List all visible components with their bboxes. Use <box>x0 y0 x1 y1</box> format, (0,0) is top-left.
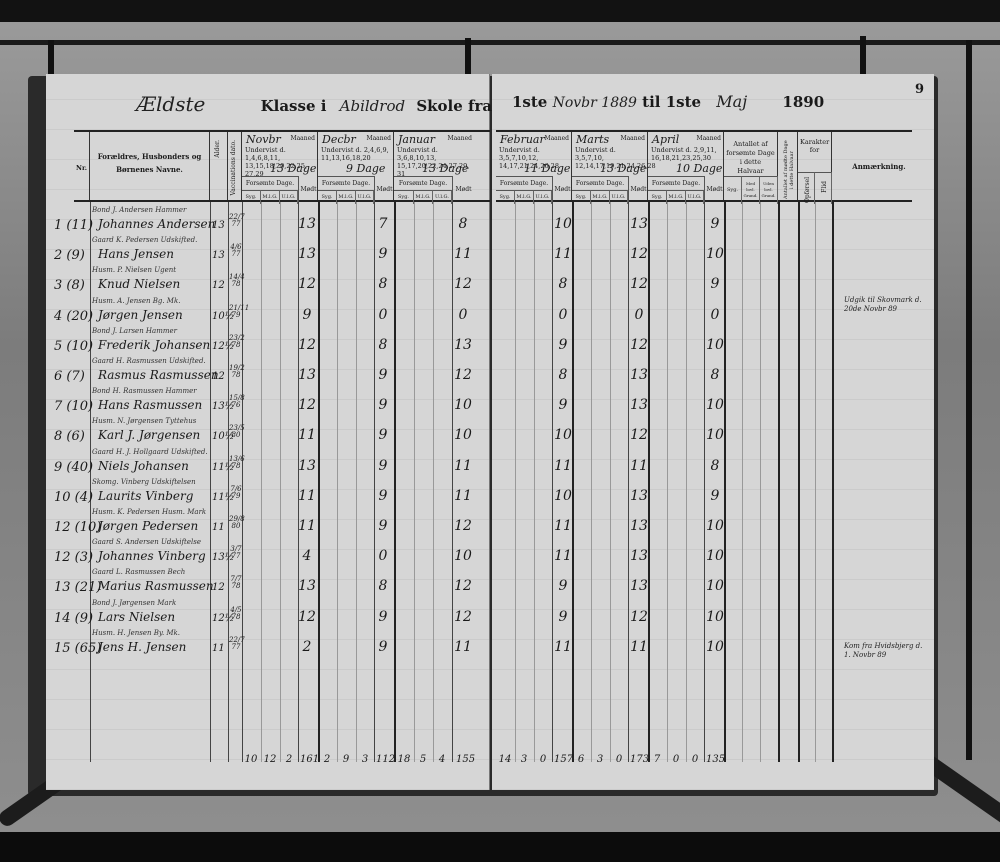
clip-center <box>465 38 471 78</box>
student-row: Husm. H. Jensen By. Mk.15 (65)Jens H. Je… <box>46 629 490 659</box>
page-number: 9 <box>915 82 924 97</box>
attendance-april: 10 <box>704 427 726 443</box>
vaccination-date: 19/2 78 <box>229 365 243 379</box>
attendance-februar: 8 <box>552 367 574 383</box>
attendance-februar: 9 <box>552 578 574 594</box>
stand-post <box>966 40 972 760</box>
student-row: Husm. A. Jensen Bg. Mk.4 (20)Jørgen Jens… <box>46 297 490 327</box>
vaccination-date: 4/6 77 <box>229 244 243 258</box>
col-antallet: Antallet af forsømte Dage i dette Halvaa… <box>724 132 778 200</box>
attendance-novbr: 13 <box>296 367 318 383</box>
school-label: Skole fra <box>416 97 492 115</box>
student-row: 101210 <box>492 417 934 447</box>
month-april: AprilMaaned Undervist d. 2,9,11, 16,18,2… <box>648 132 724 200</box>
attendance-april: 10 <box>704 518 726 534</box>
student-row: Gaard K. Pedersen Udskifted.2 (9)Hans Je… <box>46 236 490 266</box>
attendance-novbr: 13 <box>296 246 318 262</box>
student-row: 10139 <box>492 206 934 236</box>
attendance-novbr: 9 <box>296 307 318 323</box>
student-age: 12 <box>212 280 225 291</box>
vaccination-date: 7/7 78 <box>229 576 243 590</box>
attendance-januar: 8 <box>452 216 474 232</box>
attendance-novbr: 2 <box>296 639 318 655</box>
hanging-rail <box>0 40 1000 45</box>
student-age: 13 <box>212 220 225 231</box>
student-age: 12 <box>212 371 225 382</box>
attendance-januar: 11 <box>452 488 474 504</box>
attendance-marts: 13 <box>628 216 650 232</box>
student-row: 8129 <box>492 266 934 296</box>
parent-name: Gaard K. Pedersen Udskifted. <box>92 236 197 244</box>
remark-row-14: Kom fra Hvidsbjerg d. 1. Novbr 89 <box>844 642 924 660</box>
student-nr: 4 (20) <box>54 309 93 324</box>
remark-row-3: Udgik til Skovmark d. 20de Novbr 89 <box>844 296 924 314</box>
student-row: Gaard H. Rasmussen Udskifted.6 (7)Rasmus… <box>46 357 490 387</box>
vaccination-date: 15/8 76 <box>229 395 243 409</box>
attendance-januar: 12 <box>452 609 474 625</box>
vaccination-date: 4/5 78 <box>229 607 243 621</box>
vaccination-date: 7/6 79 <box>229 486 243 500</box>
vaccination-date: 23/5 80 <box>229 425 243 439</box>
student-name: Hans Jensen <box>98 247 174 261</box>
parent-name: Husm. P. Nielsen Ugent <box>92 266 176 274</box>
attendance-april: 10 <box>704 397 726 413</box>
attendance-februar: 10 <box>552 488 574 504</box>
parent-name: Gaard S. Andersen Udskiftelse <box>92 538 201 546</box>
vaccination-date: 22/7 77 <box>229 214 243 228</box>
attendance-april: 10 <box>704 548 726 564</box>
attendance-marts: 12 <box>628 246 650 262</box>
vaccination-date: 22/7 77 <box>229 637 243 651</box>
student-nr: 14 (9) <box>54 611 93 626</box>
student-nr: 3 (8) <box>54 278 85 293</box>
student-row: 91210 <box>492 599 934 629</box>
month-novbr: NovbrMaaned Undervist d. 1,4,6,8,11, 13,… <box>242 132 318 200</box>
col-nr: Nr. <box>74 132 90 200</box>
attendance-marts: 12 <box>628 609 650 625</box>
attendance-januar: 13 <box>452 337 474 353</box>
class-value: Ældste <box>136 92 205 116</box>
col-modt-total: Antallet af mødte Dage i dette Halvaar <box>778 132 798 200</box>
attendance-januar: 11 <box>452 246 474 262</box>
attendance-januar: 12 <box>452 578 474 594</box>
attendance-april: 8 <box>704 367 726 383</box>
attendance-marts: 12 <box>628 337 650 353</box>
month-januar: JanuarMaaned Undervist d. 3,6,8,10,13, 1… <box>394 132 474 200</box>
student-name: Niels Johansen <box>98 459 189 473</box>
vaccination-date: 3/7 77 <box>229 546 243 560</box>
parent-name: Bond J. Andersen Hammer <box>92 206 186 214</box>
vaccination-date: 21/11 79 <box>229 305 243 319</box>
photo-bottom-edge <box>0 832 1000 862</box>
attendance-decbr: 8 <box>372 276 394 292</box>
student-row: Husm. N. Jørgensen Tyttehus8 (6)Karl J. … <box>46 417 490 447</box>
attendance-april: 10 <box>704 337 726 353</box>
attendance-februar: 9 <box>552 609 574 625</box>
student-row: 91210 <box>492 327 934 357</box>
col-names: Forældres, Husbonders og Børnenes Navne. <box>90 132 210 200</box>
attendance-januar: 12 <box>452 518 474 534</box>
col-vaccination: Vaccinations dato. <box>228 132 242 200</box>
student-nr: 5 (10) <box>54 339 93 354</box>
student-nr: 9 (40) <box>54 460 93 475</box>
attendance-novbr: 12 <box>296 276 318 292</box>
attendance-februar: 8 <box>552 276 574 292</box>
student-name: Jørgen Jensen <box>98 308 183 322</box>
parent-name: Husm. H. Jensen By. Mk. <box>92 629 180 637</box>
attendance-marts: 13 <box>628 578 650 594</box>
attendance-marts: 13 <box>628 488 650 504</box>
month-marts: MartsMaaned Undervist d. 3,5,7,10, 12,14… <box>572 132 648 200</box>
attendance-april: 9 <box>704 276 726 292</box>
ledger-page-right: 9 1ste Novbr 1889 til 1ste Maj 1890 Febr… <box>492 74 934 790</box>
parent-name: Bond J. Jørgensen Mark <box>92 599 176 607</box>
attendance-april: 10 <box>704 246 726 262</box>
parent-name: Bond H. Rasmussen Hammer <box>92 387 197 395</box>
attendance-novbr: 4 <box>296 548 318 564</box>
attendance-decbr: 8 <box>372 578 394 594</box>
attendance-decbr: 9 <box>372 397 394 413</box>
student-nr: 1 (11) <box>54 218 93 233</box>
attendance-decbr: 0 <box>372 307 394 323</box>
student-nr: 2 (9) <box>54 248 85 263</box>
col-anmaerkning: Anmærkning. <box>832 132 926 200</box>
attendance-april: 9 <box>704 488 726 504</box>
attendance-februar: 9 <box>552 337 574 353</box>
from-date: Novbr 1889 <box>553 95 637 111</box>
student-row: Bond H. Rasmussen Hammer7 (10)Hans Rasmu… <box>46 387 490 417</box>
attendance-decbr: 9 <box>372 609 394 625</box>
student-nr: 8 (6) <box>54 429 85 444</box>
attendance-januar: 11 <box>452 639 474 655</box>
ledger-page-left: Ældste Klasse i Abildrod Skole fra Nr. F… <box>46 74 490 790</box>
attendance-marts: 12 <box>628 427 650 443</box>
month-februar: FebruarMaaned Undervist d. 3,5,7,10,12, … <box>496 132 572 200</box>
attendance-januar: 10 <box>452 548 474 564</box>
attendance-decbr: 8 <box>372 337 394 353</box>
attendance-marts: 13 <box>628 397 650 413</box>
attendance-februar: 9 <box>552 397 574 413</box>
attendance-novbr: 11 <box>296 518 318 534</box>
to-month: Maj <box>716 92 747 111</box>
parent-name: Skomg. Vinberg Udskiftelsen <box>92 478 196 486</box>
title-right: 1ste Novbr 1889 til 1ste Maj 1890 <box>512 92 824 111</box>
student-name: Lars Nielsen <box>98 610 175 624</box>
student-row: 111310 <box>492 508 934 538</box>
student-name: Hans Rasmussen <box>98 398 202 412</box>
parent-name: Husm. N. Jørgensen Tyttehus <box>92 417 196 425</box>
vaccination-date: 14/4 78 <box>229 274 243 288</box>
attendance-decbr: 9 <box>372 367 394 383</box>
attendance-januar: 0 <box>452 307 474 323</box>
attendance-februar: 11 <box>552 246 574 262</box>
parent-name: Husm. K. Pedersen Husm. Mark <box>92 508 206 516</box>
student-nr: 12 (10) <box>54 520 101 535</box>
attendance-april: 10 <box>704 578 726 594</box>
student-age: 11 <box>212 643 225 654</box>
student-nr: 7 (10) <box>54 399 93 414</box>
year: 1890 <box>782 93 824 111</box>
student-nr: 12 (3) <box>54 550 93 565</box>
attendance-decbr: 9 <box>372 246 394 262</box>
month-decbr: DecbrMaaned Undervist d. 2,4,6,9, 11,13,… <box>318 132 394 200</box>
attendance-novbr: 12 <box>296 337 318 353</box>
attendance-decbr: 7 <box>372 216 394 232</box>
attendance-februar: 11 <box>552 639 574 655</box>
attendance-marts: 13 <box>628 518 650 534</box>
attendance-marts: 11 <box>628 639 650 655</box>
student-row: Husm. P. Nielsen Ugent3 (8)Knud Nielsen1… <box>46 266 490 296</box>
parent-name: Husm. A. Jensen Bg. Mk. <box>92 297 180 305</box>
vaccination-date: 23/2 78 <box>229 335 243 349</box>
attendance-januar: 11 <box>452 458 474 474</box>
student-row: Gaard S. Andersen Udskiftelse12 (3)Johan… <box>46 538 490 568</box>
attendance-april: 10 <box>704 609 726 625</box>
student-name: Jens H. Jensen <box>98 640 186 654</box>
parent-name: Gaard L. Rasmussen Bech <box>92 568 185 576</box>
attendance-marts: 13 <box>628 367 650 383</box>
student-row: Gaard H. J. Hollgaard Udskifted.9 (40)Ni… <box>46 448 490 478</box>
student-name: Laurits Vinberg <box>98 489 193 503</box>
student-row: 91310 <box>492 568 934 598</box>
student-age: 13 <box>212 250 225 261</box>
attendance-januar: 12 <box>452 276 474 292</box>
attendance-april: 0 <box>704 307 726 323</box>
attendance-april: 9 <box>704 216 726 232</box>
student-row: Gaard L. Rasmussen Bech13 (21)Marius Ras… <box>46 568 490 598</box>
attendance-novbr: 11 <box>296 427 318 443</box>
student-name: Johannes Vinberg <box>98 549 206 563</box>
attendance-marts: 12 <box>628 276 650 292</box>
student-row: Skomg. Vinberg Udskiftelsen10 (4)Laurits… <box>46 478 490 508</box>
attendance-februar: 11 <box>552 518 574 534</box>
school-value: Abildrod <box>340 97 405 115</box>
student-age: 11 <box>212 522 225 533</box>
attendance-novbr: 12 <box>296 609 318 625</box>
student-nr: 13 (21) <box>54 580 101 595</box>
student-row: Husm. K. Pedersen Husm. Mark12 (10)Jørge… <box>46 508 490 538</box>
student-row: 10139 <box>492 478 934 508</box>
attendance-april: 10 <box>704 639 726 655</box>
attendance-januar: 12 <box>452 367 474 383</box>
table-header-left: Nr. Forældres, Husbonders og Børnenes Na… <box>74 130 490 202</box>
student-age: 12 <box>212 582 225 593</box>
parent-name: Gaard H. Rasmussen Udskifted. <box>92 357 206 365</box>
attendance-novbr: 12 <box>296 397 318 413</box>
attendance-februar: 11 <box>552 458 574 474</box>
attendance-februar: 11 <box>552 548 574 564</box>
attendance-novbr: 13 <box>296 578 318 594</box>
student-row: 91310 <box>492 387 934 417</box>
vaccination-date: 13/6 78 <box>229 456 243 470</box>
student-name: Rasmus Rasmussen <box>98 368 219 382</box>
class-label: Klasse i <box>261 97 327 115</box>
table-header-right: FebruarMaaned Undervist d. 3,5,7,10,12, … <box>496 130 912 202</box>
attendance-decbr: 9 <box>372 427 394 443</box>
student-name: Karl J. Jørgensen <box>98 428 200 442</box>
attendance-februar: 0 <box>552 307 574 323</box>
attendance-novbr: 13 <box>296 458 318 474</box>
student-row: 8138 <box>492 357 934 387</box>
attendance-februar: 10 <box>552 216 574 232</box>
student-name: Marius Rasmussen <box>98 579 214 593</box>
student-nr: 10 (4) <box>54 490 93 505</box>
student-name: Frederik Johansen <box>98 338 210 352</box>
title-left: Ældste Klasse i Abildrod Skole fra <box>136 92 492 116</box>
attendance-marts: 0 <box>628 307 650 323</box>
attendance-marts: 13 <box>628 548 650 564</box>
parent-name: Gaard H. J. Hollgaard Udskifted. <box>92 448 208 456</box>
attendance-decbr: 9 <box>372 518 394 534</box>
attendance-decbr: 0 <box>372 548 394 564</box>
attendance-decbr: 9 <box>372 458 394 474</box>
student-row: Bond J. Andersen Hammer1 (11)Johannes An… <box>46 206 490 236</box>
student-row: 111210 <box>492 236 934 266</box>
col-alder: Alder. <box>210 132 228 200</box>
student-row: Bond J. Jørgensen Mark14 (9)Lars Nielsen… <box>46 599 490 629</box>
attendance-decbr: 9 <box>372 639 394 655</box>
clip-right <box>860 36 866 76</box>
parent-name: Bond J. Larsen Hammer <box>92 327 177 335</box>
student-row: Bond J. Larsen Hammer5 (10)Frederik Joha… <box>46 327 490 357</box>
student-name: Johannes Andersen <box>98 217 215 231</box>
student-name: Knud Nielsen <box>98 277 180 291</box>
student-nr: 15 (65) <box>54 641 101 656</box>
attendance-marts: 11 <box>628 458 650 474</box>
attendance-januar: 10 <box>452 427 474 443</box>
student-row: 111310 <box>492 538 934 568</box>
attendance-april: 8 <box>704 458 726 474</box>
attendance-novbr: 13 <box>296 216 318 232</box>
student-nr: 6 (7) <box>54 369 85 384</box>
student-name: Jørgen Pedersen <box>98 519 198 533</box>
attendance-januar: 10 <box>452 397 474 413</box>
attendance-novbr: 11 <box>296 488 318 504</box>
student-row: 11118 <box>492 448 934 478</box>
attendance-decbr: 9 <box>372 488 394 504</box>
vaccination-date: 29/8 80 <box>229 516 243 530</box>
attendance-februar: 10 <box>552 427 574 443</box>
col-karakter: Karakter for Opførsel Flid <box>798 132 832 200</box>
